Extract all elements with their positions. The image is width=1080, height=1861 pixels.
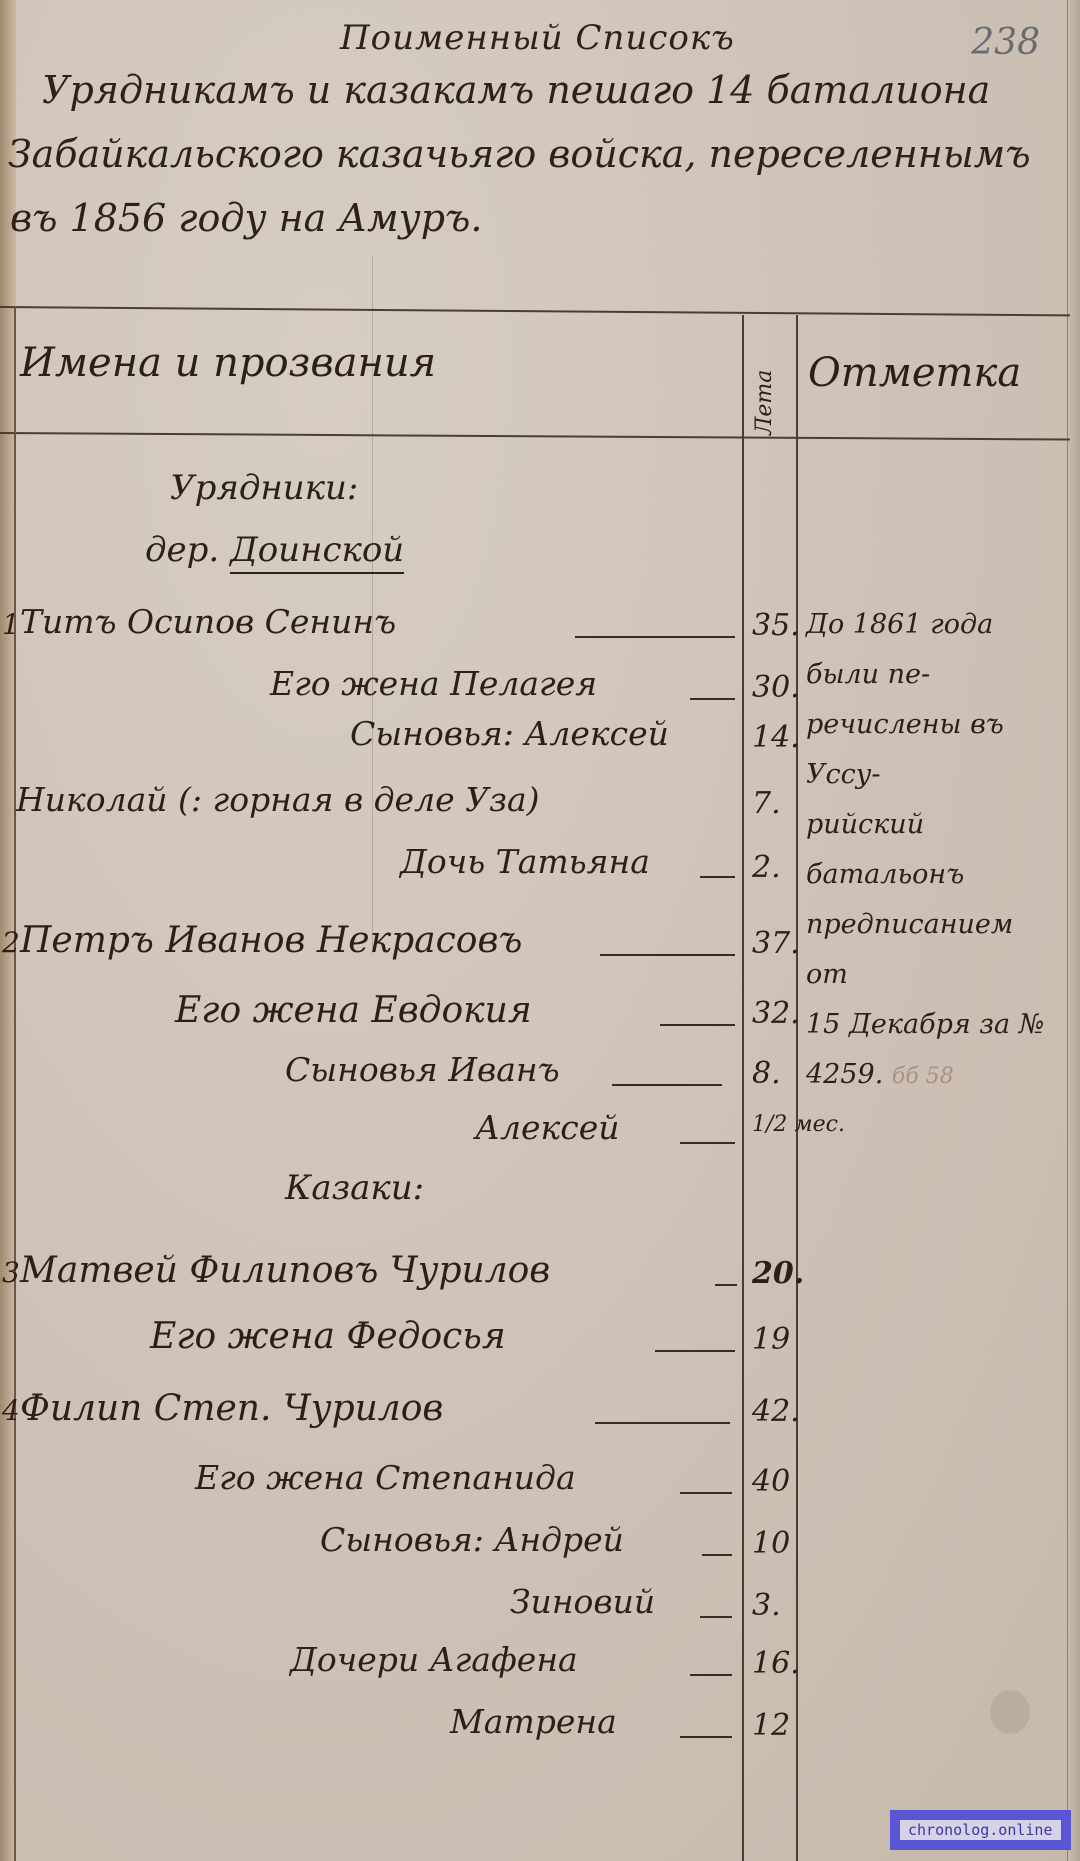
age-column-right-rule [796, 315, 798, 1861]
person-name: Дочь Татьяна [400, 842, 650, 881]
remark-line: предписанием от [806, 900, 1056, 1000]
remark-line: До 1861 года были пе- [806, 600, 1056, 700]
age-value: 7. [752, 786, 781, 821]
column-header-notes: Отметка [808, 350, 1021, 396]
person-name: Николай (: горная в деле Уза) [16, 780, 540, 819]
age-value: 1/2 мес. [752, 1112, 845, 1137]
person-name: Сыновья: Андрей [320, 1520, 624, 1559]
person-name: Сыновья Иванъ [285, 1050, 560, 1089]
leader-dash [700, 1616, 732, 1618]
age-value: 20. [752, 1256, 804, 1291]
table-header-rule [0, 432, 1070, 441]
age-value: 19 [752, 1322, 790, 1357]
age-value: 3. [752, 1588, 781, 1623]
heading-line-1: Урядникамъ и казакамъ пешаго 14 баталион… [42, 68, 990, 112]
table-row: Сыновья: Алексей [0, 714, 740, 764]
section-kazaki: Казаки: [285, 1168, 424, 1208]
remarks-cell: До 1861 года были пе- речислены въ Уссу-… [806, 600, 1056, 1102]
leader-dash [612, 1084, 722, 1086]
age-value: 35. [752, 608, 800, 643]
age-value: 14. [752, 720, 800, 755]
table-row: Его жена Степанида [0, 1458, 740, 1508]
paper-stain [990, 1690, 1030, 1734]
entry-number: 2 [2, 926, 20, 959]
age-value: 10 [752, 1526, 790, 1561]
leader-dash [660, 1024, 735, 1026]
age-value: 42. [752, 1394, 800, 1429]
person-name: Матвей Филиповъ Чурилов [20, 1250, 550, 1291]
table-top-rule [0, 306, 1070, 316]
table-row: Его жена Федосья [0, 1316, 740, 1366]
leader-dash [655, 1350, 735, 1352]
person-name: Петръ Иванов Некрасовъ [20, 920, 522, 961]
leader-dash [690, 1674, 732, 1676]
table-row: Его жена Евдокия [0, 990, 740, 1040]
section-uryadniki: Урядники: [170, 468, 358, 508]
age-column-left-rule [742, 315, 744, 1861]
leader-dash [680, 1142, 735, 1144]
section-village: дер. Доинской [145, 530, 404, 570]
person-name: Дочери Агафена [290, 1640, 578, 1679]
age-value: 12 [752, 1708, 790, 1743]
age-value: 40 [752, 1464, 790, 1499]
leader-dash [715, 1284, 737, 1286]
age-value: 16. [752, 1646, 800, 1681]
table-row: Сыновья: Андрей [0, 1520, 740, 1570]
page-number: 238 [971, 22, 1040, 63]
person-name: Его жена Степанида [195, 1458, 576, 1497]
person-name: Его жена Пелагея [270, 664, 597, 703]
heading-line-2: Забайкальского казачьяго войска, пересел… [8, 132, 1031, 176]
remark-number: 4259. [806, 1059, 883, 1090]
document-title: Поименный Списокъ [340, 18, 735, 58]
person-name: Титъ Осипов Сенинъ [20, 602, 396, 641]
entry-number: 3 [2, 1256, 20, 1289]
table-row: 4 Филип Степ. Чурилов [0, 1388, 740, 1438]
village-prefix: дер. [145, 530, 219, 570]
table-row: Сыновья Иванъ [0, 1050, 740, 1100]
leader-dash [680, 1492, 732, 1494]
leader-dash [680, 1736, 732, 1738]
village-name: Доинской [230, 530, 404, 574]
age-value: 8. [752, 1056, 781, 1091]
table-row: Дочь Татьяна [0, 842, 740, 892]
person-name: Алексей [475, 1108, 620, 1147]
remark-line: 15 Декабря за № [806, 1000, 1056, 1050]
table-row: Николай (: горная в деле Уза) [0, 780, 740, 830]
table-row: 3 Матвей Филиповъ Чурилов [0, 1250, 740, 1300]
entry-number: 4 [2, 1394, 20, 1427]
column-header-age: Лета [752, 325, 777, 435]
table-row: 2 Петръ Иванов Некрасовъ [0, 920, 740, 970]
heading-line-3: въ 1856 году на Амуръ. [10, 196, 482, 240]
person-name: Сыновья: Алексей [350, 714, 669, 753]
person-name: Его жена Федосья [150, 1316, 506, 1357]
person-name: Его жена Евдокия [175, 990, 532, 1031]
entry-number: 1 [2, 608, 20, 641]
table-row: Алексей [0, 1108, 740, 1158]
person-name: Зиновий [510, 1582, 655, 1621]
leader-dash [600, 954, 735, 956]
remark-line: рийский батальонъ [806, 800, 1056, 900]
table-row: Матрена [0, 1702, 740, 1752]
age-value: 2. [752, 850, 781, 885]
leader-dash [690, 698, 735, 700]
remark-line: речислены въ Уссу- [806, 700, 1056, 800]
person-name: Филип Степ. Чурилов [20, 1388, 443, 1429]
column-header-names: Имена и прозвания [20, 340, 436, 386]
table-row: Его жена Пелагея [0, 664, 740, 714]
table-row: 1 Титъ Осипов Сенинъ [0, 602, 740, 652]
leader-dash [700, 876, 735, 878]
document-page: 238 Поименный Списокъ Урядникамъ и казак… [0, 0, 1080, 1861]
watermark-badge: chronolog.online [890, 1810, 1071, 1850]
leader-dash [575, 636, 735, 638]
age-value: 32. [752, 996, 800, 1031]
leader-dash [702, 1554, 732, 1556]
person-name: Матрена [450, 1702, 617, 1741]
remark-line: 4259. бб 58 [806, 1050, 1056, 1102]
table-row: Зиновий [0, 1582, 740, 1632]
page-edge [1067, 0, 1080, 1861]
age-value: 37. [752, 926, 800, 961]
watermark-text: chronolog.online [908, 1821, 1053, 1839]
leader-dash [595, 1422, 730, 1424]
faint-annotation: бб 58 [892, 1064, 954, 1089]
table-row: Дочери Агафена [0, 1640, 740, 1690]
age-value: 30. [752, 670, 800, 705]
